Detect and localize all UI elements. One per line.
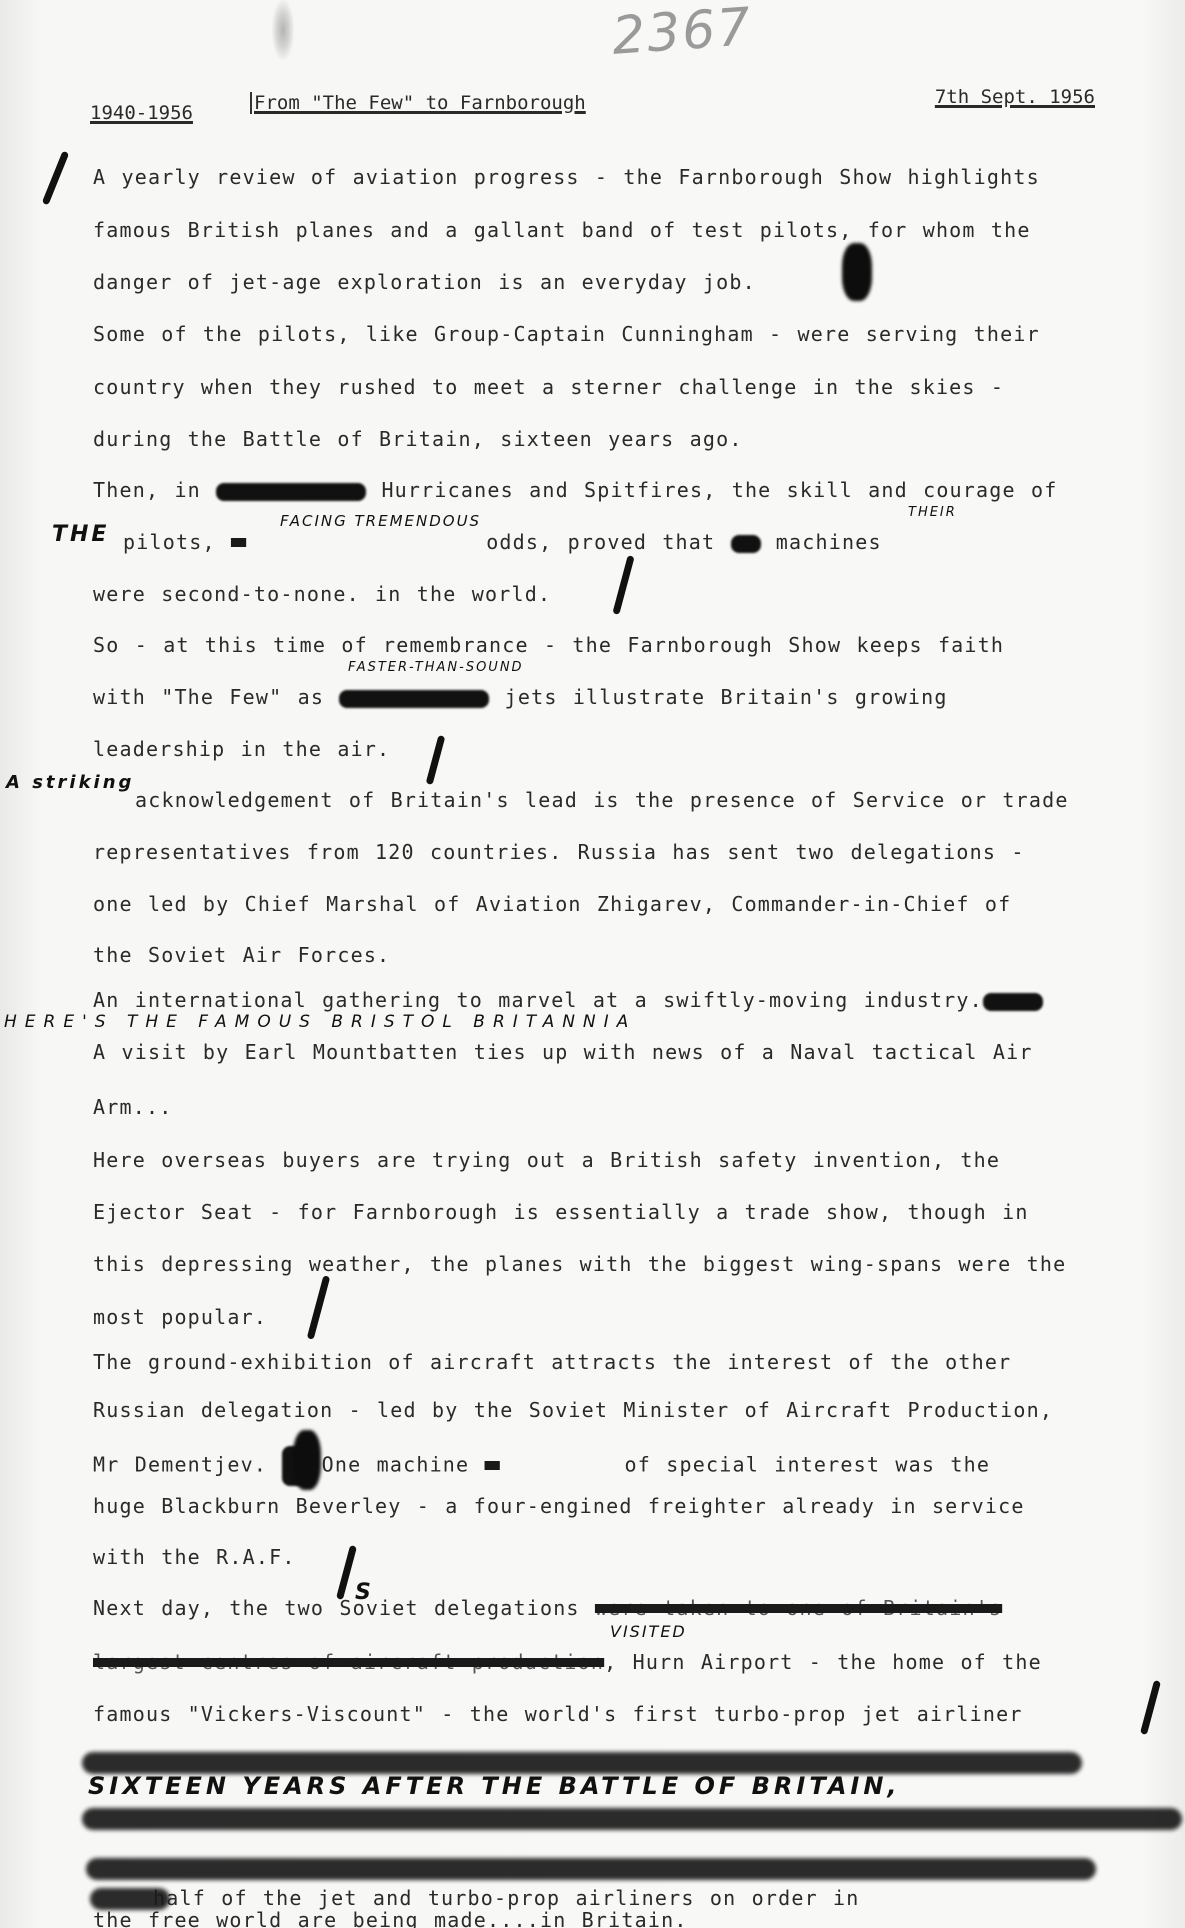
- handwritten-facing-tremendous: FACING TREMENDOUS: [280, 512, 481, 530]
- handwritten-visited: VISITED: [610, 1622, 687, 1641]
- paragraph-mark: [336, 1545, 357, 1600]
- text-line: A visit by Earl Mountbatten ties up with…: [93, 1040, 1033, 1064]
- redaction: [216, 483, 366, 501]
- text-line: Some of the pilots, like Group-Captain C…: [93, 322, 1040, 346]
- handwritten-sixteen-years: SIXTEEN YEARS AFTER THE BATTLE OF BRITAI…: [88, 1772, 901, 1800]
- ink-blot: [842, 243, 872, 301]
- paper-smudge: [272, 0, 294, 60]
- text-line: this depressing weather, the planes with…: [93, 1252, 1066, 1276]
- text-line: Ejector Seat - for Farnborough is essent…: [93, 1200, 1029, 1224]
- text-line: Then, in Hurricanes and Spitfires, the s…: [93, 478, 1058, 502]
- text-line: pilots, odds, proved that machines: [123, 530, 882, 554]
- text-line: the free world are being made....in Brit…: [93, 1908, 688, 1928]
- text-line: Russian delegation - led by the Soviet M…: [93, 1398, 1053, 1422]
- text-line: Next day, the two Soviet delegations wer…: [93, 1596, 1002, 1620]
- text-line: Mr Dementjev. One machine of special int…: [93, 1446, 990, 1486]
- redaction: [339, 690, 489, 708]
- text-line: So - at this time of remembrance - the F…: [93, 633, 1004, 657]
- text-line: during the Battle of Britain, sixteen ye…: [93, 427, 743, 451]
- paragraph-mark: [1140, 1680, 1161, 1735]
- paragraph-mark: [612, 555, 634, 615]
- handwritten-bristol-britannia: HERE'S THE FAMOUS BRISTOL BRITANNIA: [4, 1012, 636, 1032]
- text-line: one led by Chief Marshal of Aviation Zhi…: [93, 892, 1011, 916]
- paragraph-mark: [426, 735, 446, 785]
- handwritten-the: THE: [52, 522, 109, 547]
- ink-blot: [293, 1430, 321, 1490]
- handwritten-a-striking: A striking: [6, 772, 134, 793]
- text-line: with the R.A.F.: [93, 1545, 296, 1569]
- text-line: largest centres of aircraft production, …: [93, 1650, 1042, 1674]
- text-line: huge Blackburn Beverley - a four-engined…: [93, 1494, 1025, 1518]
- redaction-bar: [82, 1808, 1182, 1830]
- text-line: the Soviet Air Forces.: [93, 943, 390, 967]
- text-line: Here overseas buyers are trying out a Br…: [93, 1148, 1000, 1172]
- redaction-bar: [86, 1858, 1096, 1880]
- text-line: A yearly review of aviation progress - t…: [93, 165, 1040, 189]
- handwritten-their: THEIR: [908, 505, 957, 520]
- document-page: 2367 1940-1956 From "The Few" to Farnbor…: [0, 0, 1185, 1928]
- text-line: danger of jet-age exploration is an ever…: [93, 270, 756, 294]
- redaction-bar: [90, 1888, 170, 1910]
- text-line: acknowledgement of Britain's lead is the…: [135, 788, 1069, 812]
- handwritten-s: S: [355, 1580, 374, 1605]
- text-line: half of the jet and turbo-prop airliners…: [153, 1886, 860, 1910]
- paragraph-mark: [42, 151, 69, 206]
- text-line: The ground-exhibition of aircraft attrac…: [93, 1350, 1011, 1374]
- header-date: 7th Sept. 1956: [935, 86, 1095, 108]
- text-line: An international gathering to marvel at …: [93, 988, 1043, 1012]
- text-line: famous "Vickers-Viscount" - the world's …: [93, 1702, 1023, 1726]
- paragraph-mark: [307, 1275, 331, 1340]
- folio-number: 2367: [610, 0, 754, 67]
- redaction-bar: [82, 1752, 1082, 1774]
- text-line: Arm...: [93, 1095, 172, 1119]
- text-line: leadership in the air.: [93, 737, 390, 761]
- text-line: most popular.: [93, 1305, 267, 1329]
- header-years: 1940-1956: [90, 102, 193, 124]
- text-line: with "The Few" as jets illustrate Britai…: [93, 685, 948, 709]
- document-header: 1940-1956 From "The Few" to Farnborough …: [90, 86, 1095, 126]
- header-title: From "The Few" to Farnborough: [250, 92, 586, 114]
- handwritten-faster-than-sound: FASTER-THAN-SOUND: [348, 660, 524, 675]
- text-line: were second-to-none. in the world.: [93, 582, 551, 606]
- text-line: famous British planes and a gallant band…: [93, 218, 1031, 242]
- text-line: representatives from 120 countries. Russ…: [93, 840, 1025, 864]
- text-line: country when they rushed to meet a stern…: [93, 375, 1004, 399]
